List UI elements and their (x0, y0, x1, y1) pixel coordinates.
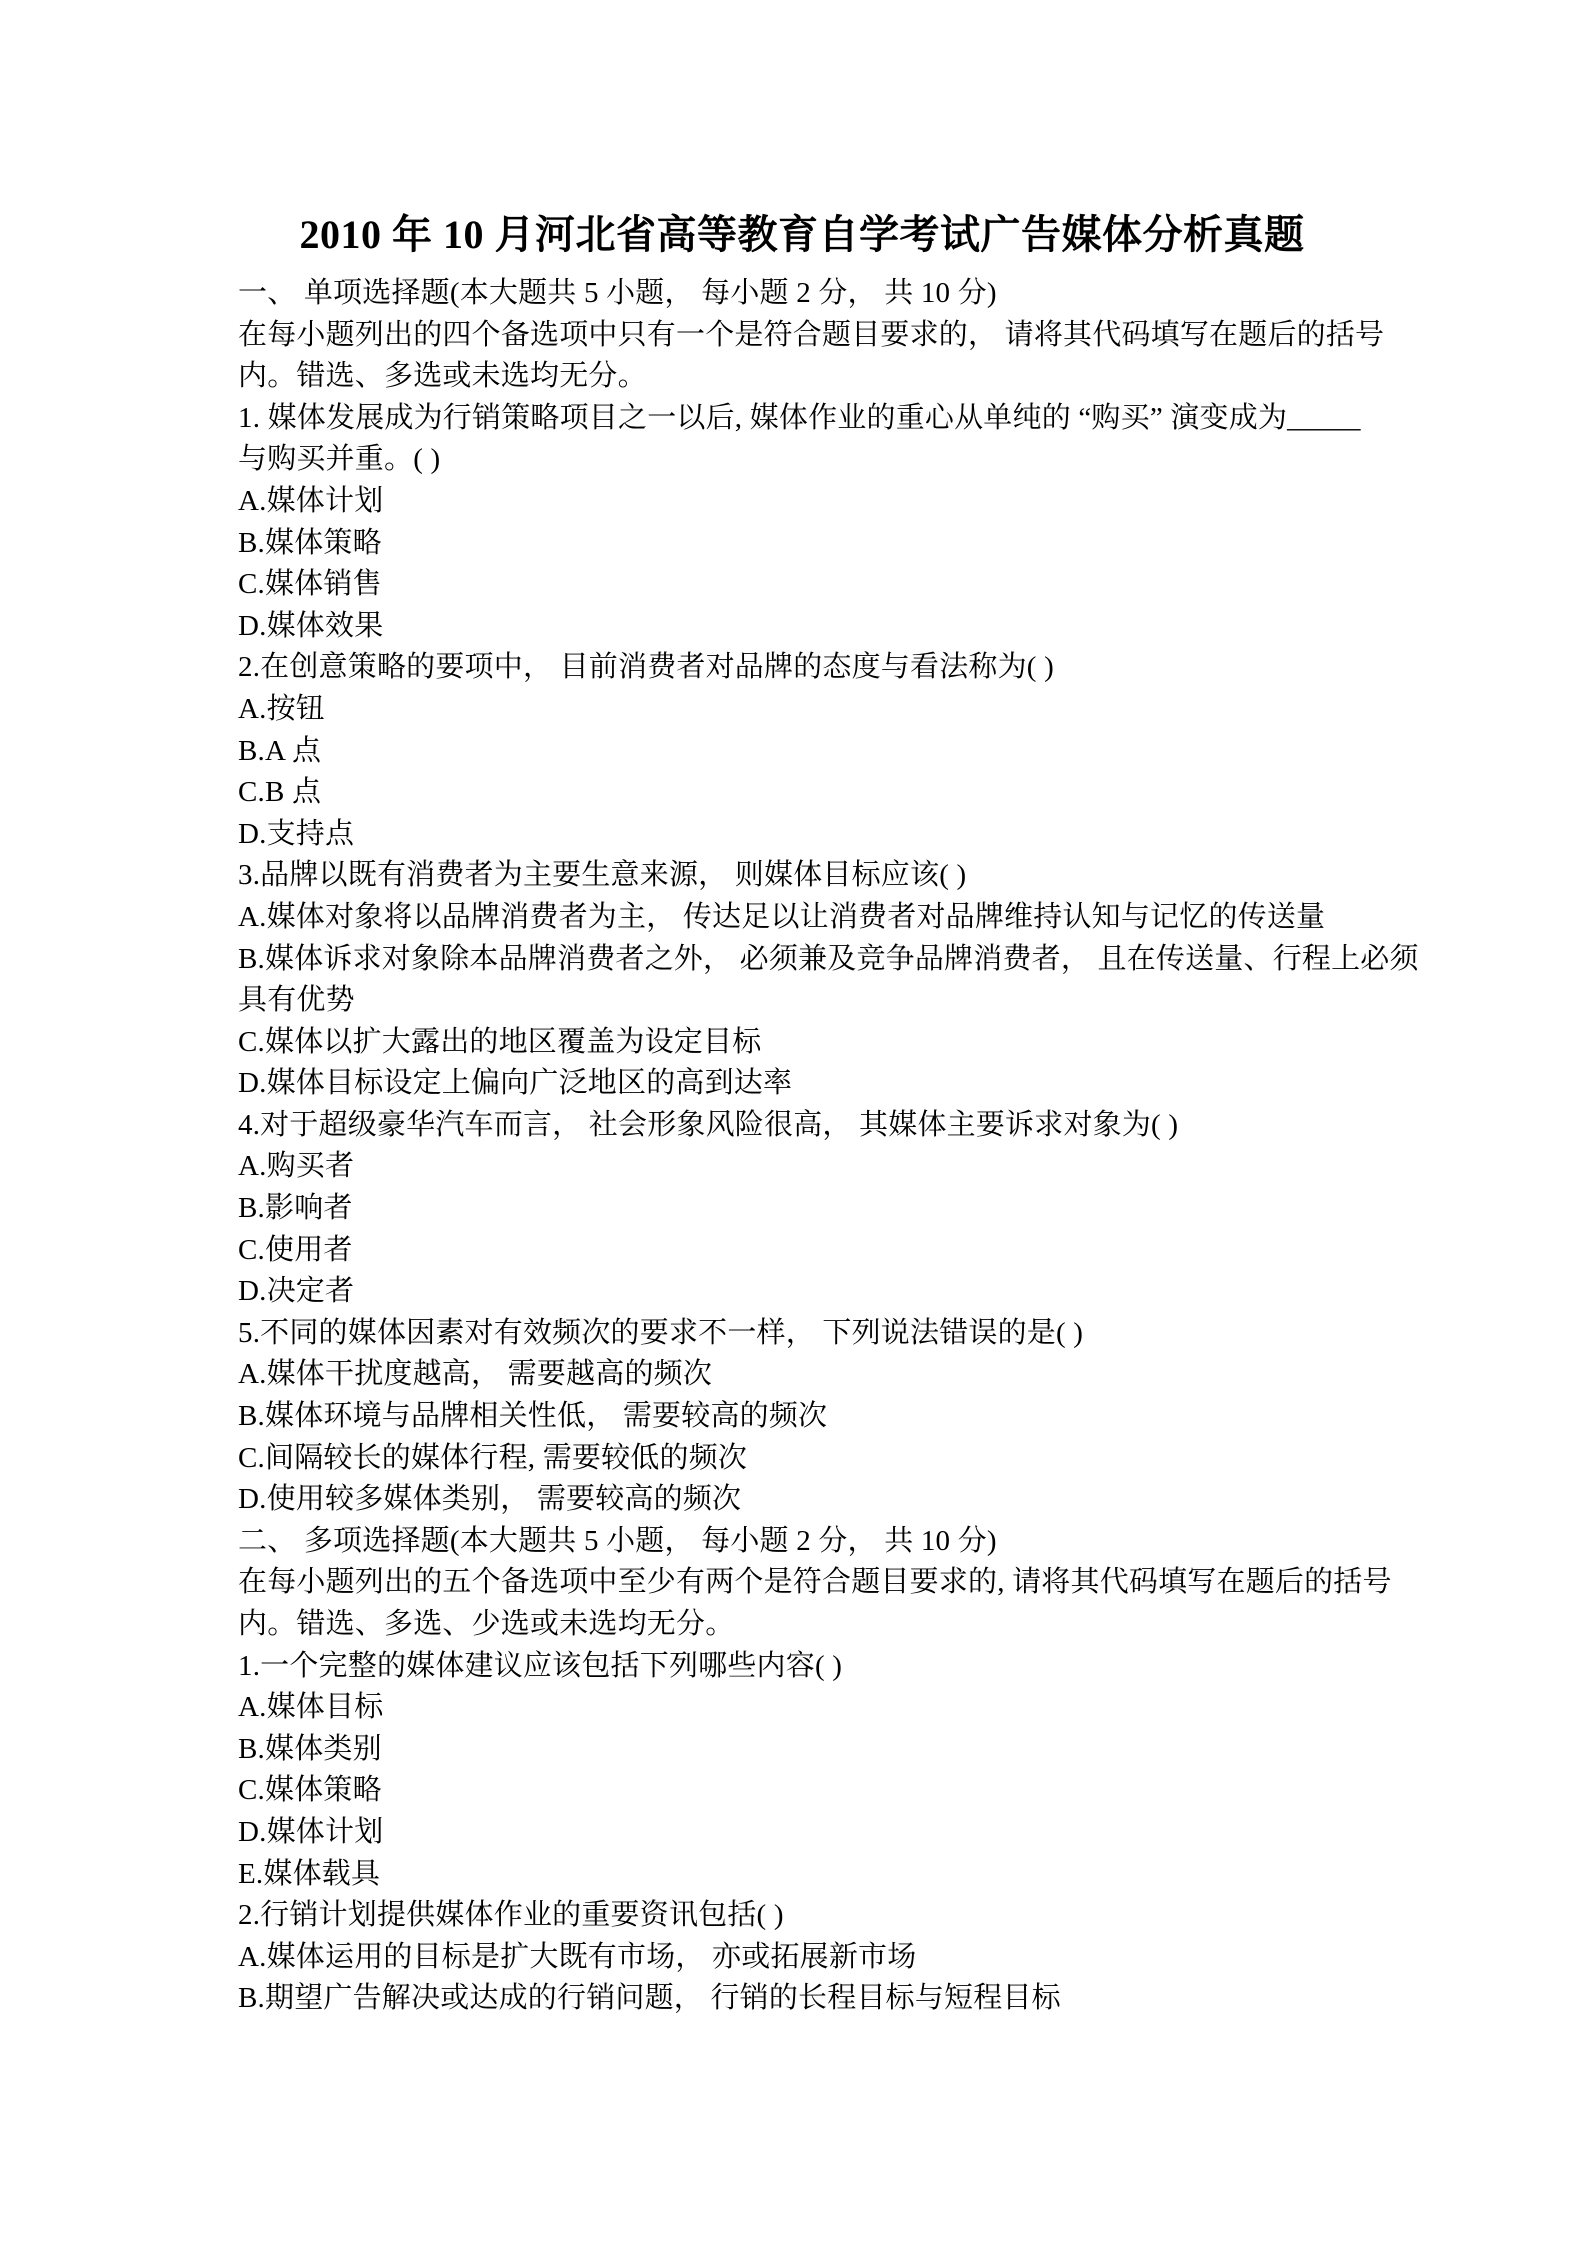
s2-q1-option-e: E.媒体载具 (238, 1854, 1366, 1896)
s2-q1-option-b: B.媒体类别 (238, 1729, 1366, 1771)
s2-q1-option-d: D.媒体计划 (238, 1812, 1366, 1854)
s2-q2-option-a: A.媒体运用的目标是扩大既有市场， 亦或拓展新市场 (238, 1937, 1366, 1979)
s1-q1-option-a: A.媒体计划 (238, 481, 1366, 523)
section-1-instructions-1: 在每小题列出的四个备选项中只有一个是符合题目要求的， 请将其代码填写在题后的括号 (238, 315, 1366, 357)
document-page: 2010 年 10 月河北省高等教育自学考试广告媒体分析真题 一、 单项选择题(… (0, 0, 1586, 2244)
s1-q3-option-d: D.媒体目标设定上偏向广泛地区的高到达率 (238, 1063, 1366, 1105)
section-1-instructions-2: 内。错选、多选或未选均无分。 (238, 356, 1366, 398)
s2-q1-stem: 1.一个完整的媒体建议应该包括下列哪些内容( ) (238, 1646, 1366, 1688)
s1-q2-stem: 2.在创意策略的要项中， 目前消费者对品牌的态度与看法称为( ) (238, 647, 1366, 689)
s1-q1-stem-1: 1. 媒体发展成为行销策略项目之一以后, 媒体作业的重心从单纯的 “购买” 演变… (238, 398, 1366, 440)
s1-q1-stem-2: 与购买并重。( ) (238, 439, 1366, 481)
document-title: 2010 年 10 月河北省高等教育自学考试广告媒体分析真题 (238, 206, 1366, 263)
s1-q5-stem: 5.不同的媒体因素对有效频次的要求不一样， 下列说法错误的是( ) (238, 1313, 1366, 1355)
section-1-heading: 一、 单项选择题(本大题共 5 小题， 每小题 2 分， 共 10 分) (238, 273, 1366, 315)
s1-q3-stem: 3.品牌以既有消费者为主要生意来源， 则媒体目标应该( ) (238, 855, 1366, 897)
s1-q1-option-c: C.媒体销售 (238, 564, 1366, 606)
s1-q4-option-c: C.使用者 (238, 1230, 1366, 1272)
s1-q4-option-a: A.购买者 (238, 1146, 1366, 1188)
section-2-instructions-2: 内。错选、多选、少选或未选均无分。 (238, 1604, 1366, 1646)
s1-q2-option-b: B.A 点 (238, 731, 1366, 773)
s1-q1-option-b: B.媒体策略 (238, 523, 1366, 565)
s2-q1-option-a: A.媒体目标 (238, 1687, 1366, 1729)
s1-q2-option-d: D.支持点 (238, 814, 1366, 856)
s2-q2-option-b: B.期望广告解决或达成的行销问题， 行销的长程目标与短程目标 (238, 1978, 1366, 2020)
s2-q2-stem: 2.行销计划提供媒体作业的重要资讯包括( ) (238, 1895, 1366, 1937)
s1-q5-option-c: C.间隔较长的媒体行程, 需要较低的频次 (238, 1438, 1366, 1480)
s2-q1-option-c: C.媒体策略 (238, 1770, 1366, 1812)
section-2-heading: 二、 多项选择题(本大题共 5 小题， 每小题 2 分， 共 10 分) (238, 1521, 1366, 1563)
s1-q5-option-b: B.媒体环境与品牌相关性低， 需要较高的频次 (238, 1396, 1366, 1438)
s1-q3-option-a: A.媒体对象将以品牌消费者为主， 传达足以让消费者对品牌维持认知与记忆的传送量 (238, 897, 1366, 939)
s1-q2-option-c: C.B 点 (238, 772, 1366, 814)
s1-q1-option-d: D.媒体效果 (238, 606, 1366, 648)
s1-q3-option-b-1: B.媒体诉求对象除本品牌消费者之外， 必须兼及竞争品牌消费者， 且在传送量、行程… (238, 939, 1366, 981)
s1-q5-option-d: D.使用较多媒体类别， 需要较高的频次 (238, 1479, 1366, 1521)
s1-q4-option-b: B.影响者 (238, 1188, 1366, 1230)
s1-q4-stem: 4.对于超级豪华汽车而言， 社会形象风险很高， 其媒体主要诉求对象为( ) (238, 1105, 1366, 1147)
s1-q5-option-a: A.媒体干扰度越高， 需要越高的频次 (238, 1354, 1366, 1396)
section-2-instructions-1: 在每小题列出的五个备选项中至少有两个是符合题目要求的, 请将其代码填写在题后的括… (238, 1562, 1366, 1604)
s1-q3-option-b-2: 具有优势 (238, 980, 1366, 1022)
document-body: 一、 单项选择题(本大题共 5 小题， 每小题 2 分， 共 10 分)在每小题… (238, 273, 1366, 2020)
s1-q2-option-a: A.按钮 (238, 689, 1366, 731)
s1-q4-option-d: D.决定者 (238, 1271, 1366, 1313)
s1-q3-option-c: C.媒体以扩大露出的地区覆盖为设定目标 (238, 1022, 1366, 1064)
